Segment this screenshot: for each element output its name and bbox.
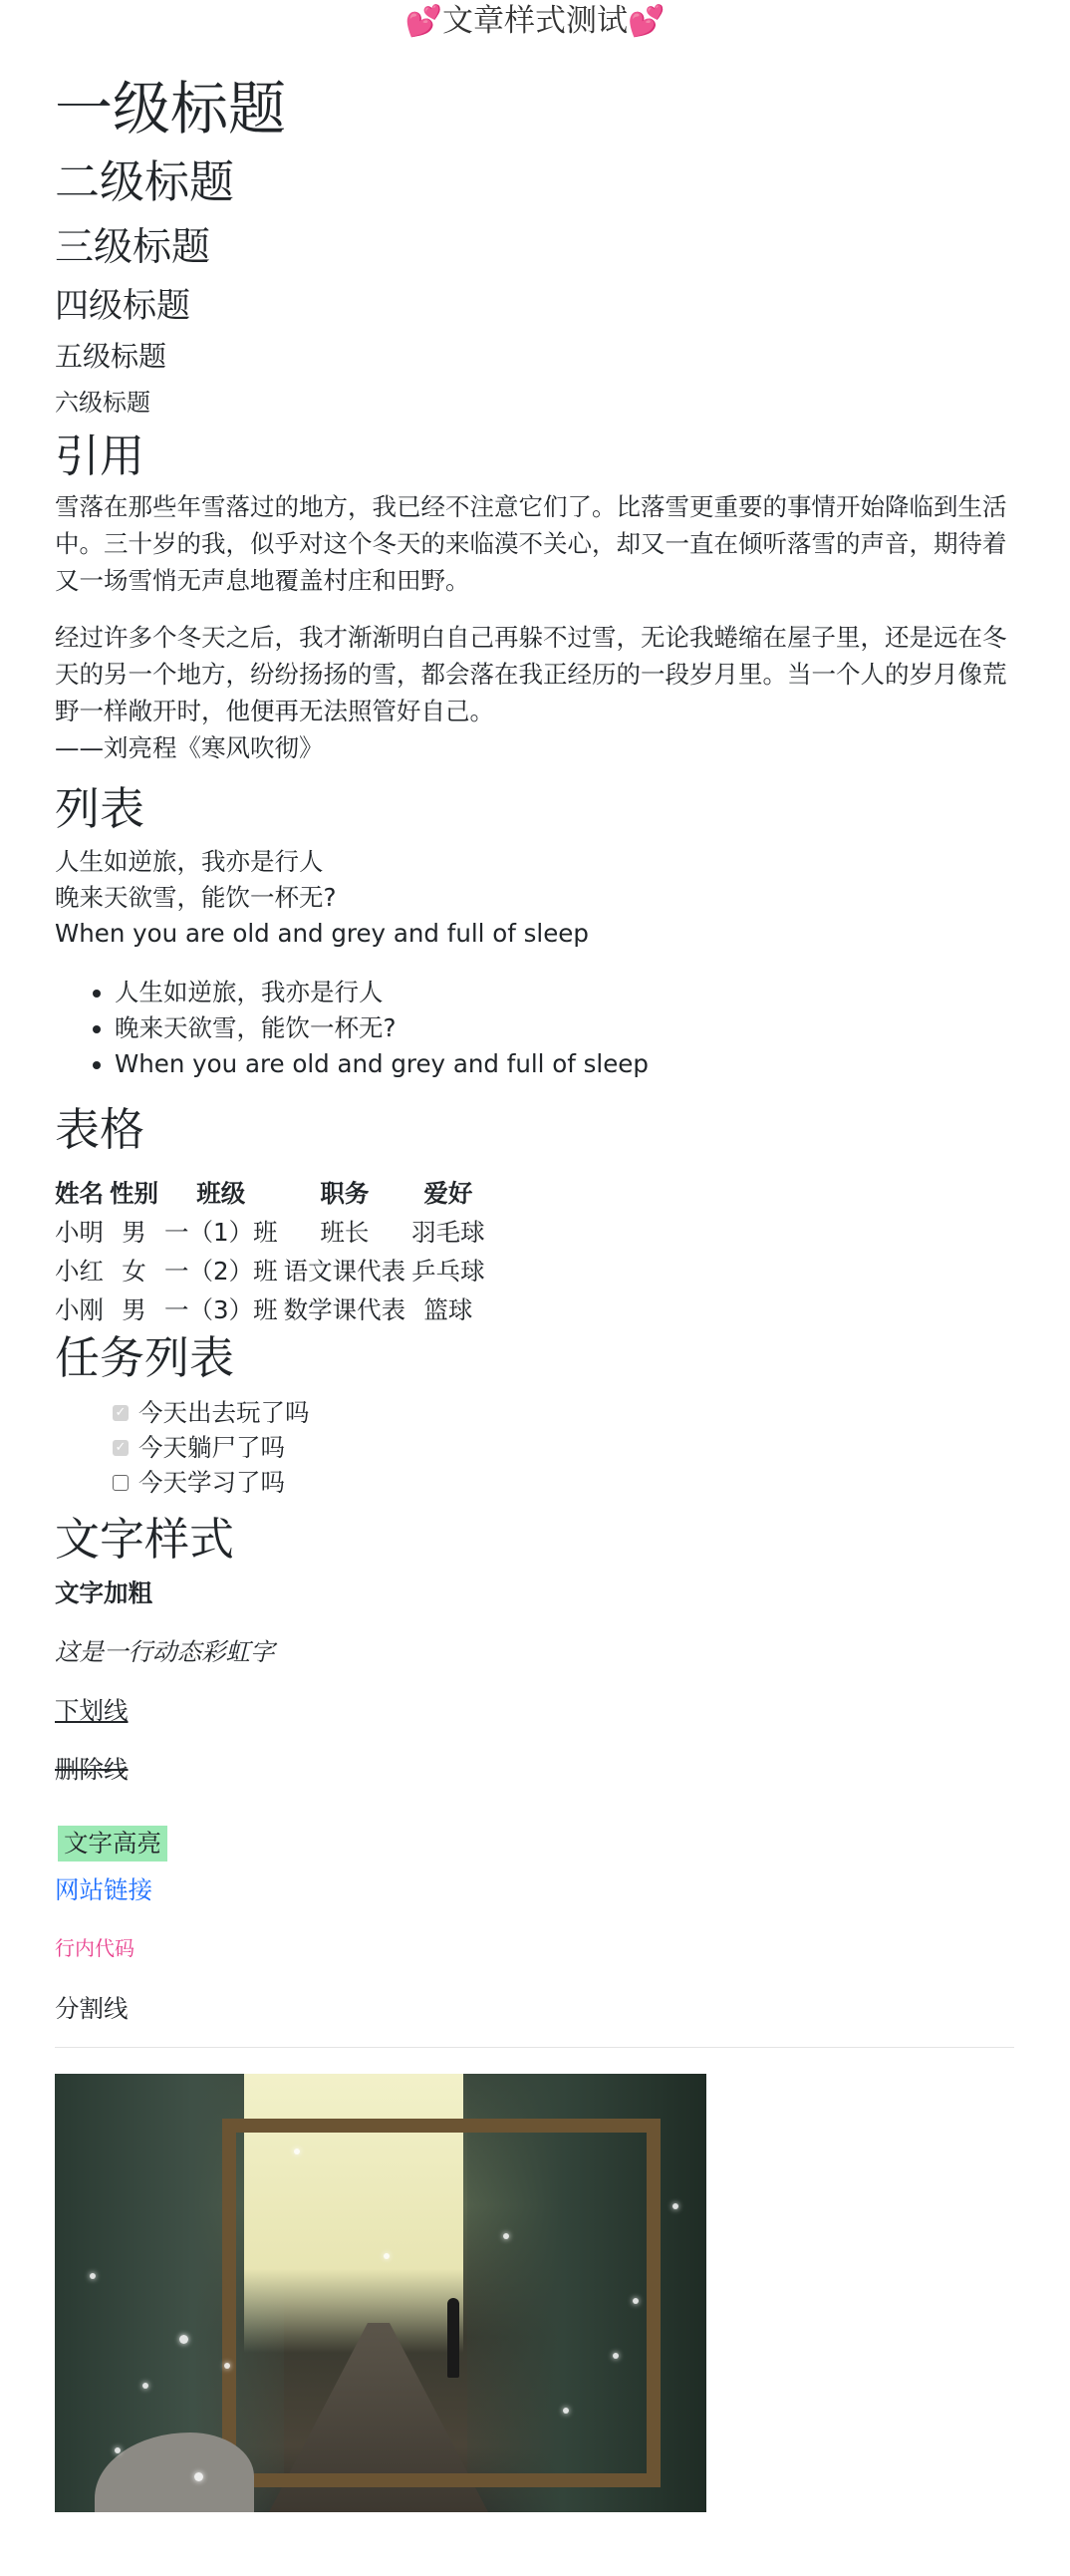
task-checkbox-checked[interactable]: ✓ — [113, 1405, 129, 1421]
strikethrough-text: 删除线 — [55, 1752, 129, 1788]
highlight-text: 文字高亮 — [58, 1826, 167, 1861]
text-styles-heading: 文字样式 — [55, 1517, 234, 1562]
list-plain-line: When you are old and grey and full of sl… — [55, 916, 589, 952]
table-cell: 一（2）班 — [161, 1251, 281, 1289]
task-label: 今天出去玩了吗 — [138, 1395, 310, 1430]
table-cell: 乒乓球 — [408, 1251, 488, 1289]
heading-level-4: 四级标题 — [55, 289, 190, 323]
table-cell: 语文课代表 — [281, 1251, 409, 1289]
heading-level-5: 五级标题 — [55, 343, 166, 371]
snowflake-icon — [633, 2298, 639, 2304]
table-cell: 篮球 — [408, 1289, 488, 1328]
snowflake-icon — [179, 2335, 188, 2344]
task-checkbox-unchecked[interactable] — [113, 1475, 129, 1491]
snowflake-icon — [613, 2353, 619, 2359]
quote-author: ——刘亮程《寒风吹彻》 — [55, 730, 324, 766]
inline-code: 行内代码 — [55, 1930, 134, 1966]
list-item: 人生如逆旅，我亦是行人 — [115, 975, 649, 1010]
snowflake-icon — [142, 2383, 148, 2389]
column-header: 职务 — [281, 1173, 409, 1212]
snowflake-icon — [224, 2363, 230, 2369]
snowflake-icon — [384, 2253, 390, 2259]
table-cell: 女 — [107, 1251, 161, 1289]
table-cell: 小刚 — [52, 1289, 107, 1328]
list-heading: 列表 — [55, 786, 144, 831]
task-checkbox-checked[interactable]: ✓ — [113, 1440, 129, 1456]
quote-heading: 引用 — [55, 433, 144, 478]
table-cell: 班长 — [281, 1212, 409, 1251]
table-header-row: 姓名 性别 班级 职务 爱好 — [52, 1173, 488, 1212]
task-label: 今天学习了吗 — [138, 1465, 285, 1500]
snowflake-icon — [672, 2203, 678, 2209]
task-list-heading: 任务列表 — [55, 1335, 234, 1380]
snowflake-icon — [503, 2233, 509, 2239]
quote-paragraph-2: 经过许多个冬天之后，我才渐渐明白自己再躲不过雪，无论我蜷缩在屋子里，还是远在冬天… — [55, 619, 1013, 729]
bullet-list: 人生如逆旅，我亦是行人 晚来天欲雪，能饮一杯无? When you are ol… — [55, 975, 649, 1082]
column-header: 姓名 — [52, 1173, 107, 1212]
heading-level-3: 三级标题 — [55, 228, 210, 267]
task-label: 今天躺尸了吗 — [138, 1430, 285, 1465]
table-cell: 数学课代表 — [281, 1289, 409, 1328]
two-hearts-icon: 💕 — [405, 4, 442, 39]
table-cell: 小红 — [52, 1251, 107, 1289]
column-header: 性别 — [107, 1173, 161, 1212]
table-row: 小刚 男 一（3）班 数学课代表 篮球 — [52, 1289, 488, 1328]
image-wooden-frame — [222, 2119, 661, 2487]
list-item: When you are old and grey and full of sl… — [115, 1046, 649, 1082]
underline-text: 下划线 — [55, 1693, 129, 1729]
table-row: 小明 男 一（1）班 班长 羽毛球 — [52, 1212, 488, 1251]
snowflake-icon — [194, 2472, 203, 2481]
bold-text: 文字加粗 — [55, 1575, 152, 1611]
table-cell: 一（1）班 — [161, 1212, 281, 1251]
heading-level-2: 二级标题 — [55, 159, 234, 204]
table-heading: 表格 — [55, 1107, 144, 1152]
heading-level-6: 六级标题 — [55, 391, 150, 415]
two-hearts-icon: 💕 — [628, 4, 665, 39]
snowflake-icon — [115, 2447, 121, 2453]
column-header: 班级 — [161, 1173, 281, 1212]
table-cell: 羽毛球 — [408, 1212, 488, 1251]
table-row: 小红 女 一（2）班 语文课代表 乒乓球 — [52, 1251, 488, 1289]
list-plain-line: 人生如逆旅，我亦是行人 — [55, 844, 324, 880]
table-cell: 一（3）班 — [161, 1289, 281, 1328]
snowflake-icon — [90, 2273, 96, 2279]
task-item: 今天学习了吗 — [113, 1465, 285, 1500]
website-link[interactable]: 网站链接 — [55, 1872, 152, 1908]
divider-label: 分割线 — [55, 1991, 129, 2027]
italic-rainbow-text: 这是一行动态彩虹字 — [55, 1634, 275, 1670]
data-table: 姓名 性别 班级 职务 爱好 小明 男 一（1）班 班长 羽毛球 小红 女 一（… — [52, 1173, 488, 1328]
task-item: ✓ 今天躺尸了吗 — [113, 1430, 285, 1465]
horizontal-divider — [55, 2047, 1014, 2048]
snowflake-icon — [294, 2148, 300, 2154]
column-header: 爱好 — [408, 1173, 488, 1212]
table-cell: 小明 — [52, 1212, 107, 1251]
quote-paragraph-1: 雪落在那些年雪落过的地方，我已经不注意它们了。比落雪更重要的事情开始降临到生活中… — [55, 488, 1013, 599]
snow-railway-frame-image — [55, 2074, 706, 2512]
task-item: ✓ 今天出去玩了吗 — [113, 1395, 310, 1430]
table-cell: 男 — [107, 1212, 161, 1251]
snowflake-icon — [563, 2408, 569, 2414]
page-title: 💕文章样式测试💕 — [0, 6, 1070, 37]
table-cell: 男 — [107, 1289, 161, 1328]
list-plain-line: 晚来天欲雪，能饮一杯无? — [55, 880, 337, 916]
heading-level-1: 一级标题 — [55, 80, 286, 138]
page-title-text: 文章样式测试 — [442, 3, 628, 39]
list-item: 晚来天欲雪，能饮一杯无? — [115, 1010, 649, 1046]
